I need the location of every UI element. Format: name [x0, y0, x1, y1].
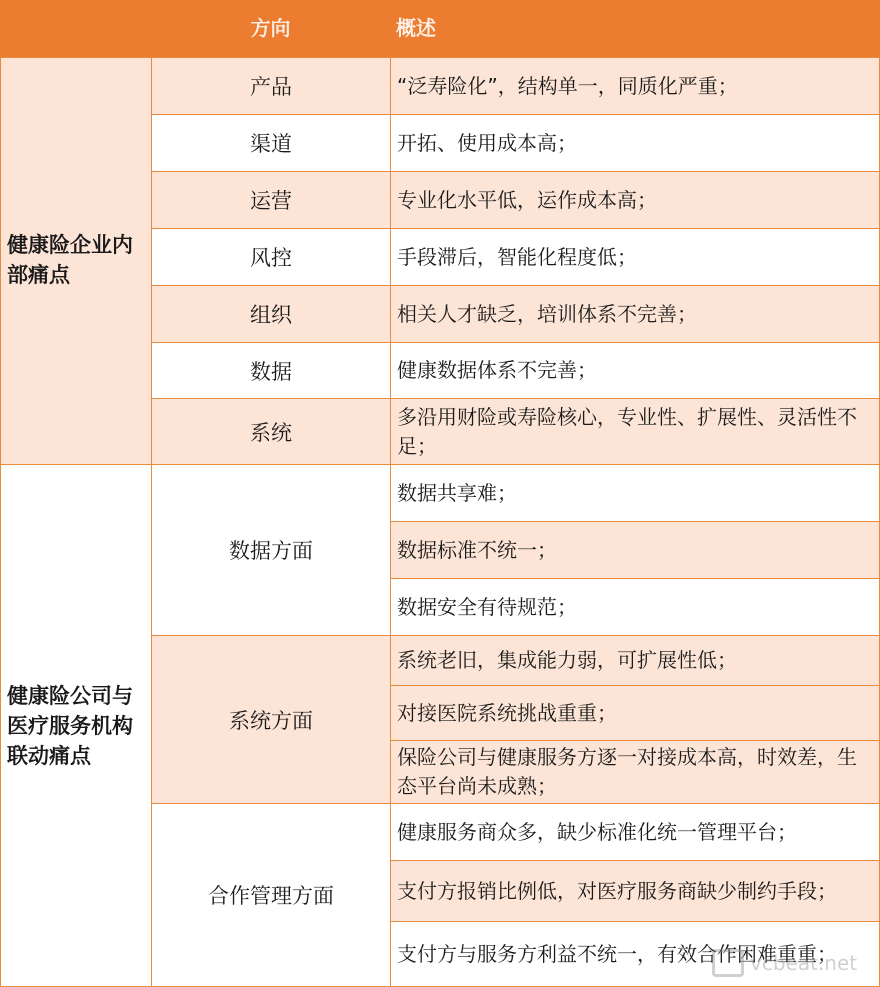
- summary-cell: 开拓、使用成本高；: [390, 114, 880, 172]
- summary-cell: 系统老旧，集成能力弱，可扩展性低；: [390, 635, 880, 686]
- header-summary: 概述: [396, 0, 436, 57]
- summary-cell: 数据标准不统一；: [390, 521, 880, 579]
- summary-cell: 数据共享难；: [390, 464, 880, 522]
- direction-cell: 渠道: [151, 114, 391, 172]
- summary-cell: 健康数据体系不完善；: [390, 342, 880, 399]
- watermark: vcbeat.net: [712, 945, 872, 981]
- summary-cell: 相关人才缺乏，培训体系不完善；: [390, 285, 880, 343]
- summary-cell: 多沿用财险或寿险核心，专业性、扩展性、灵活性不足；: [390, 398, 880, 465]
- summary-cell: 手段滞后，智能化程度低；: [390, 228, 880, 286]
- category-linkage: 健康险公司与医疗服务机构联动痛点: [0, 464, 152, 987]
- pain-points-table: 方向 概述 健康险企业内部痛点 产品 “泛寿险化”，结构单一，同质化严重； 渠道…: [0, 0, 880, 987]
- header-direction: 方向: [151, 0, 390, 57]
- summary-cell: 保险公司与健康服务方逐一对接成本高，时效差，生态平台尚未成熟；: [390, 740, 880, 804]
- summary-cell: 健康服务商众多，缺少标准化统一管理平台；: [390, 803, 880, 861]
- direction-cell: 数据方面: [151, 464, 391, 636]
- direction-cell: 运营: [151, 171, 391, 229]
- direction-cell: 系统: [151, 398, 391, 465]
- summary-cell: 对接医院系统挑战重重；: [390, 685, 880, 741]
- direction-cell: 组织: [151, 285, 391, 343]
- vcbeat-logo-icon: [712, 949, 744, 977]
- summary-cell: 专业化水平低，运作成本高；: [390, 171, 880, 229]
- table-header: 方向 概述: [0, 0, 880, 57]
- category-internal: 健康险企业内部痛点: [0, 57, 152, 465]
- direction-cell: 数据: [151, 342, 391, 399]
- direction-cell: 产品: [151, 57, 391, 115]
- direction-cell: 系统方面: [151, 635, 391, 804]
- summary-cell: “泛寿险化”，结构单一，同质化严重；: [390, 57, 880, 115]
- summary-cell: 支付方报销比例低，对医疗服务商缺少制约手段；: [390, 860, 880, 922]
- direction-cell: 合作管理方面: [151, 803, 391, 987]
- summary-cell: 数据安全有待规范；: [390, 578, 880, 636]
- watermark-text: vcbeat.net: [750, 951, 857, 975]
- direction-cell: 风控: [151, 228, 391, 286]
